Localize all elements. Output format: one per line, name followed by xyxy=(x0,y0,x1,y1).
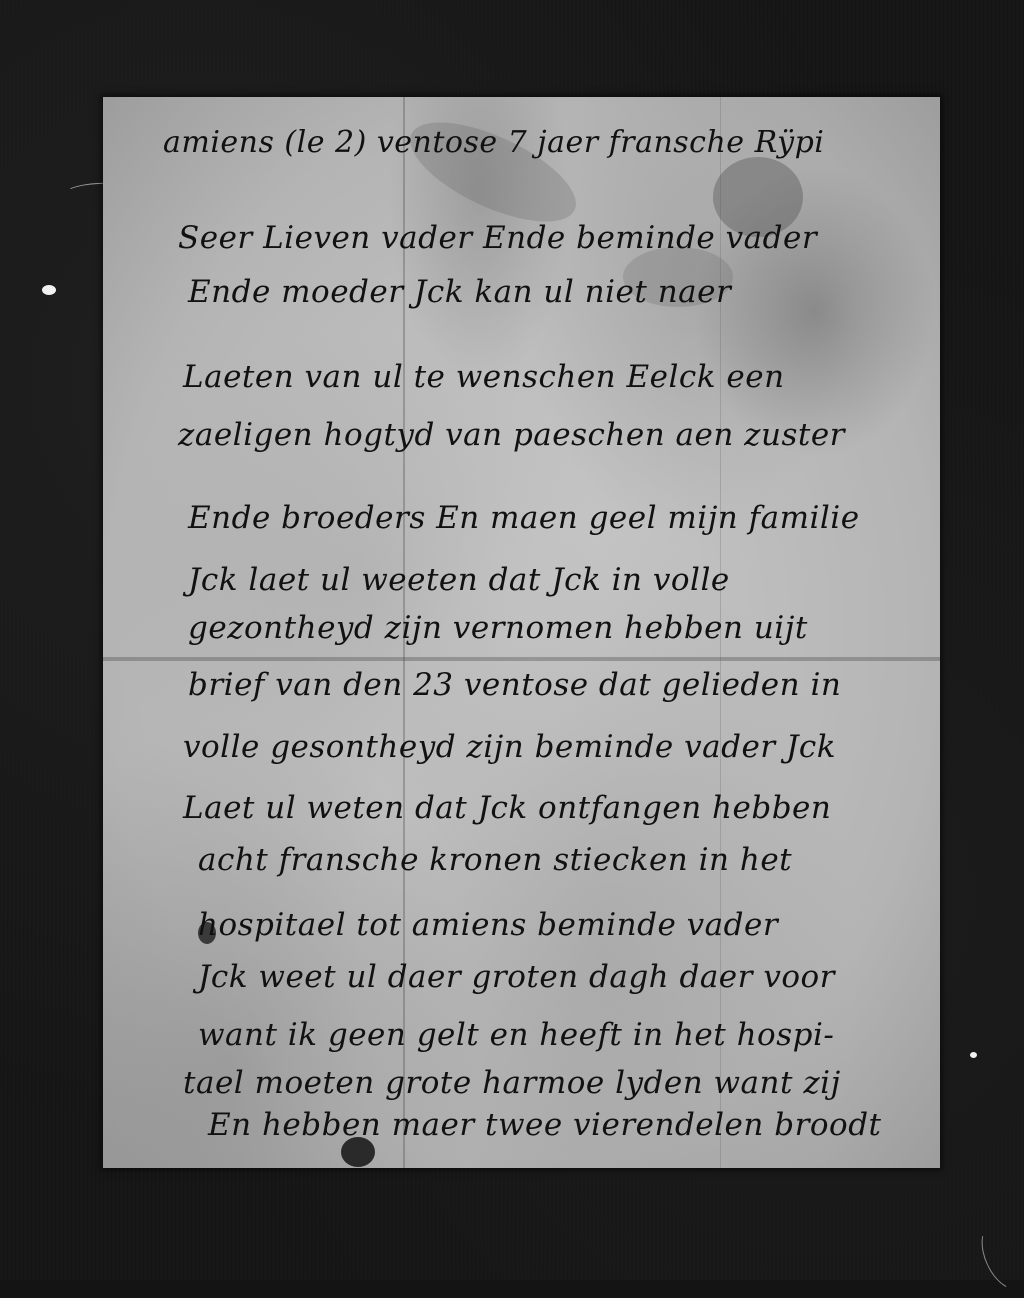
letter-line: hospitael tot amiens beminde vader xyxy=(198,907,778,943)
letter-line: gezontheyd zijn vernomen hebben uijt xyxy=(188,610,808,646)
letter-header-place-date: amiens (le 2) ventose 7 jaer fransche Rÿ… xyxy=(163,125,824,160)
letter-line: Laeten van ul te wenschen Eelck een xyxy=(183,359,785,395)
letter-line: volle gesontheyd zijn beminde vader Jck xyxy=(183,729,836,765)
letter-line: Ende broeders En maen geel mijn familie xyxy=(188,500,860,536)
letter-line: Laet ul weten dat Jck ontfangen hebben xyxy=(183,790,831,826)
letter-line: brief van den 23 ventose dat gelieden in xyxy=(188,667,841,703)
dust-speck xyxy=(42,285,56,295)
letter-line: want ik geen gelt en heeft in het hospi- xyxy=(198,1017,834,1053)
dust-speck xyxy=(970,1052,977,1058)
letter-line: Jck weet ul daer groten dagh daer voor xyxy=(198,959,835,995)
letter-line: zaeligen hogtyd van paeschen aen zuster xyxy=(178,417,845,453)
letter-line: tael moeten grote harmoe lyden want zij xyxy=(183,1065,841,1101)
letter-line: acht fransche kronen stiecken in het xyxy=(198,842,792,878)
letter-paper: amiens (le 2) ventose 7 jaer fransche Rÿ… xyxy=(103,97,940,1168)
letter-line: En hebben maer twee vierendelen broodt xyxy=(208,1107,882,1143)
fiber-artifact xyxy=(972,1214,1024,1280)
fold-crease-horizontal xyxy=(103,657,940,661)
letter-line: Jck laet ul weeten dat Jck in volle xyxy=(188,562,730,598)
letter-line: Ende moeder Jck kan ul niet naer xyxy=(188,274,731,310)
letter-line: Seer Lieven vader Ende beminde vader xyxy=(178,220,817,256)
